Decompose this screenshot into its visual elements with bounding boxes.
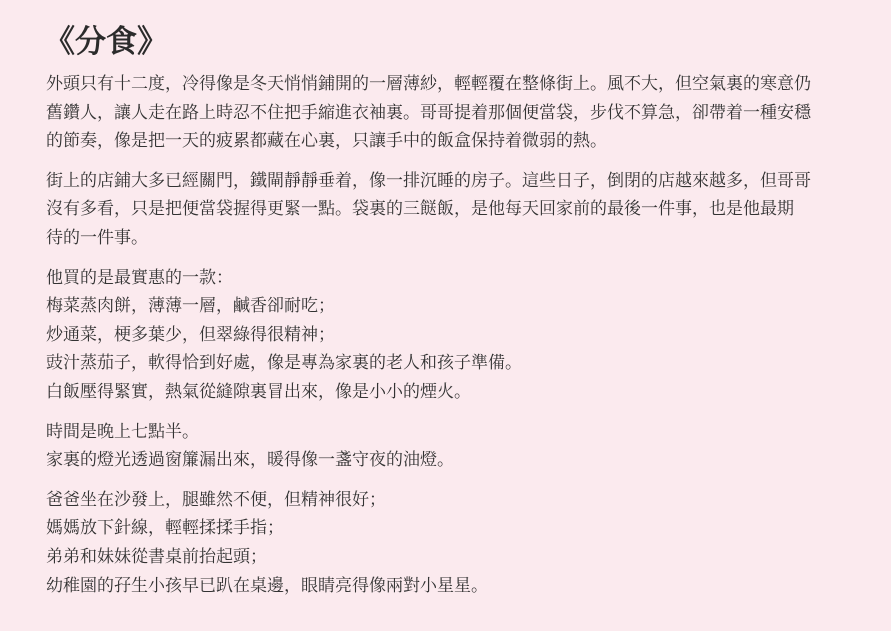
paragraph-line: 舊鑽人，讓人走在路上時忍不住把手縮進衣袖裏。哥哥提着那個便當袋，步伐不算急，卻帶… <box>46 99 876 128</box>
paragraph-family: 爸爸坐在沙發上，腿雖然不便，但精神很好； 媽媽放下針線，輕輕揉揉手指； 弟弟和妹… <box>46 486 876 600</box>
paragraph-cold-street: 外頭只有十二度，冷得像是冬天悄悄鋪開的一層薄紗，輕輕覆在整條街上。風不大，但空氣… <box>46 70 876 156</box>
paragraph-line: 家裏的燈光透過窗簾漏出來，暖得像一盞守夜的油燈。 <box>46 446 876 475</box>
paragraph-time: 時間是晚上七點半。 家裏的燈光透過窗簾漏出來，暖得像一盞守夜的油燈。 <box>46 418 876 475</box>
paragraph-menu: 他買的是最實惠的一款： 梅菜蒸肉餅，薄薄一層，鹹香卻耐吃； 炒通菜，梗多葉少，但… <box>46 264 876 407</box>
story-title: 《分食》 <box>44 22 876 62</box>
paragraph-line: 媽媽放下針線，輕輕揉揉手指； <box>46 514 876 543</box>
paragraph-line: 時間是晚上七點半。 <box>46 418 876 447</box>
document-body: 《分食》 外頭只有十二度，冷得像是冬天悄悄鋪開的一層薄紗，輕輕覆在整條街上。風不… <box>46 22 876 611</box>
menu-item: 白飯壓得緊實，熱氣從縫隙裏冒出來，像是小小的煙火。 <box>46 378 876 407</box>
paragraph-line: 外頭只有十二度，冷得像是冬天悄悄鋪開的一層薄紗，輕輕覆在整條街上。風不大，但空氣… <box>46 70 876 99</box>
menu-item: 炒通菜，梗多葉少，但翠綠得很精神； <box>46 321 876 350</box>
paragraph-line: 街上的店鋪大多已經關門，鐵閘靜靜垂着，像一排沉睡的房子。這些日子，倒閉的店越來越… <box>46 167 876 196</box>
paragraph-line: 他買的是最實惠的一款： <box>46 264 876 293</box>
paragraph-line: 待的一件事。 <box>46 224 876 253</box>
paragraph-closed-shops: 街上的店鋪大多已經關門，鐵閘靜靜垂着，像一排沉睡的房子。這些日子，倒閉的店越來越… <box>46 167 876 253</box>
paragraph-line: 幼稚園的孖生小孩早已趴在桌邊，眼睛亮得像兩對小星星。 <box>46 572 876 601</box>
paragraph-line: 弟弟和妹妹從書桌前抬起頭； <box>46 543 876 572</box>
paragraph-line: 的節奏，像是把一天的疲累都藏在心裏，只讓手中的飯盒保持着微弱的熱。 <box>46 127 876 156</box>
paragraph-line: 爸爸坐在沙發上，腿雖然不便，但精神很好； <box>46 486 876 515</box>
menu-item: 豉汁蒸茄子，軟得恰到好處，像是專為家裏的老人和孩子準備。 <box>46 349 876 378</box>
paragraph-line: 沒有多看，只是把便當袋握得更緊一點。袋裏的三餸飯，是他每天回家前的最後一件事，也… <box>46 195 876 224</box>
menu-item: 梅菜蒸肉餅，薄薄一層，鹹香卻耐吃； <box>46 292 876 321</box>
